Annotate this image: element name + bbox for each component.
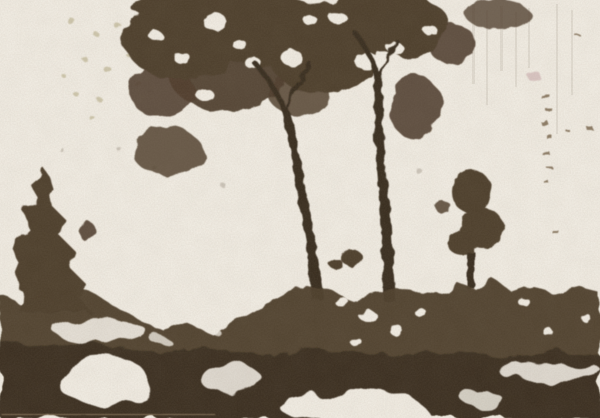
landscape-print-image: [0, 0, 600, 418]
grain-overlay: [0, 0, 600, 418]
landscape-print-canvas: [0, 0, 600, 418]
